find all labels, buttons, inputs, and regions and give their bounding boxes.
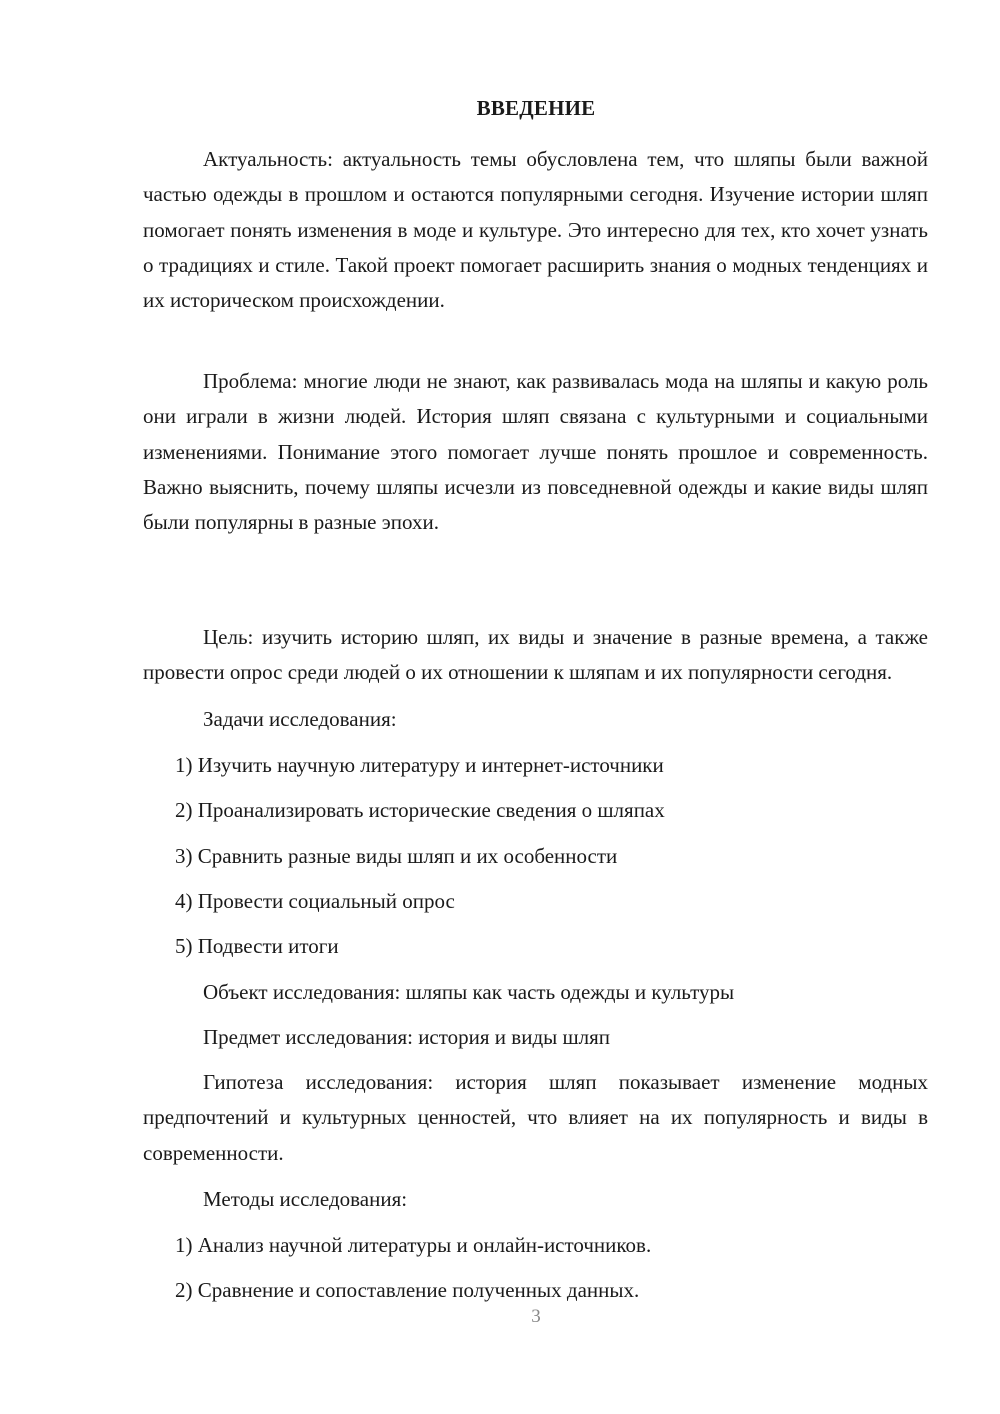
subject-block: Предмет исследования: история и виды шля… [143, 1020, 928, 1055]
hypothesis-block: Гипотеза исследования: история шляп пока… [143, 1065, 928, 1171]
task-item: 1) Изучить научную литературу и интернет… [143, 748, 928, 783]
methods-list: 1) Анализ научной литературы и онлайн-ис… [143, 1228, 928, 1309]
research-object: Объект исследования: шляпы как часть оде… [143, 975, 928, 1010]
methods-heading: Методы исследования: [143, 1182, 928, 1217]
object-block: Объект исследования: шляпы как часть оде… [143, 975, 928, 1010]
task-item: 3) Сравнить разные виды шляп и их особен… [143, 839, 928, 874]
methods-heading-block: Методы исследования: [143, 1182, 928, 1217]
relevance-paragraph: Актуальность: актуальность темы обусловл… [143, 142, 928, 318]
goal-paragraph: Цель: изучить историю шляп, их виды и зн… [143, 620, 928, 691]
task-item: 4) Провести социальный опрос [143, 884, 928, 919]
research-subject: Предмет исследования: история и виды шля… [143, 1020, 928, 1055]
tasks-heading: Задачи исследования: [143, 702, 928, 737]
task-item: 5) Подвести итоги [143, 929, 928, 964]
document-page: ВВЕДЕНИЕ Актуальность: актуальность темы… [0, 0, 1000, 1414]
problem-paragraph: Проблема: многие люди не знают, как разв… [143, 364, 928, 540]
method-item: 2) Сравнение и сопоставление полученных … [143, 1273, 928, 1308]
goal-block: Цель: изучить историю шляп, их виды и зн… [143, 620, 928, 691]
page-title: ВВЕДЕНИЕ [0, 96, 1000, 121]
tasks-list: 1) Изучить научную литературу и интернет… [143, 748, 928, 964]
page-number: 3 [0, 1306, 1000, 1328]
task-item: 2) Проанализировать исторические сведени… [143, 793, 928, 828]
method-item: 1) Анализ научной литературы и онлайн-ис… [143, 1228, 928, 1263]
relevance-block: Актуальность: актуальность темы обусловл… [143, 142, 928, 318]
hypothesis-paragraph: Гипотеза исследования: история шляп пока… [143, 1065, 928, 1171]
tasks-heading-block: Задачи исследования: [143, 702, 928, 737]
problem-block: Проблема: многие люди не знают, как разв… [143, 364, 928, 540]
